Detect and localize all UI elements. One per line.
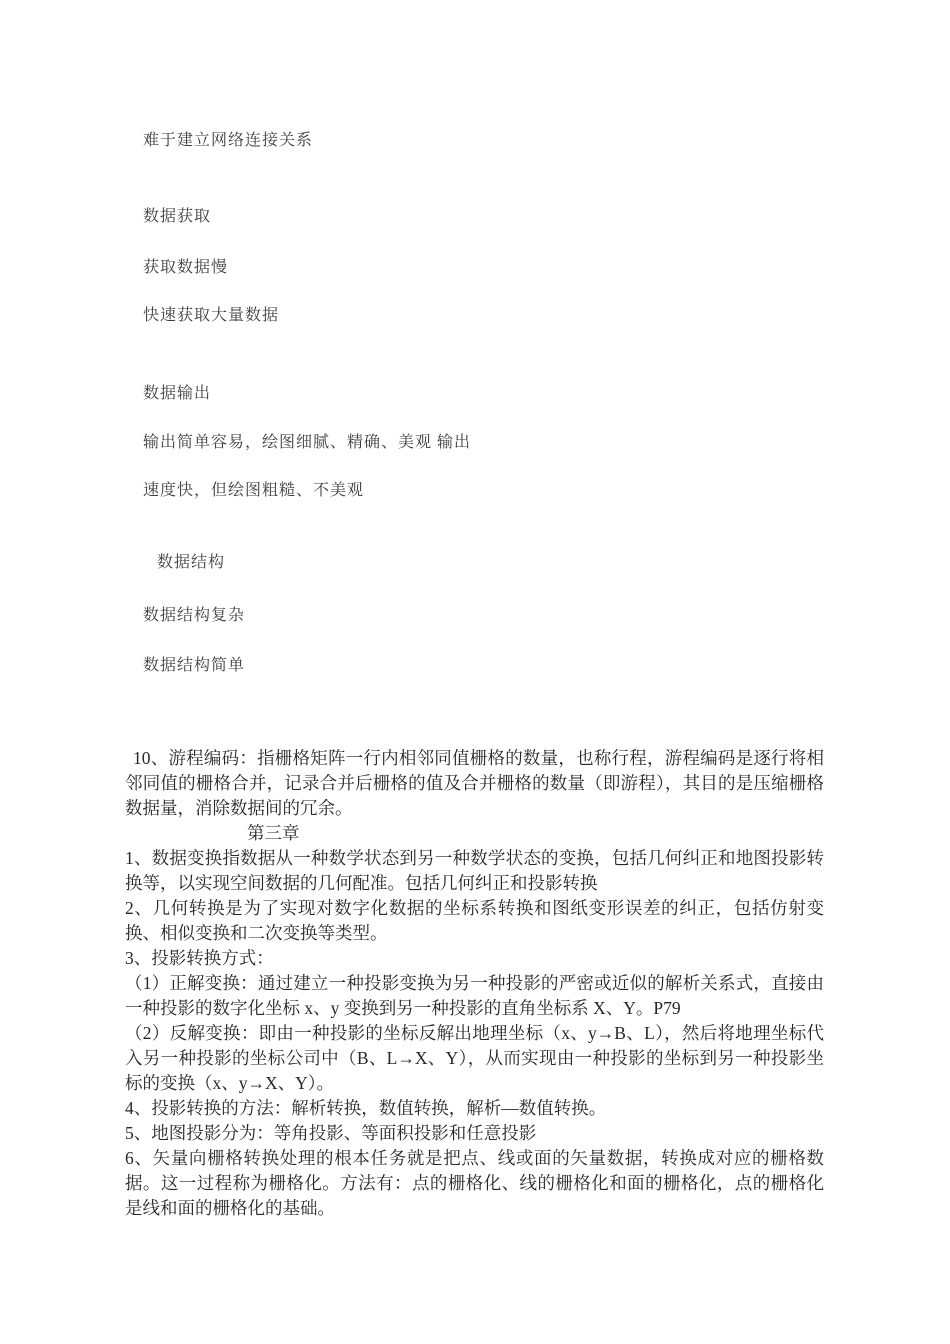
notes-body: 10、游程编码：指栅格矩阵一行内相邻同值栅格的数量，也称行程，游程编码是逐行将相… bbox=[125, 746, 824, 1221]
paragraph-item-2: 2、几何转换是为了实现对数字化数据的坐标系转换和图纸变形误差的纠正，包括仿射变换… bbox=[125, 896, 824, 946]
paragraph-item-3: 3、投影转换方式： bbox=[125, 946, 824, 971]
note-line-output-easy: 输出简单容易，绘图细腻、精确、美观 输出 bbox=[143, 429, 471, 452]
paragraph-item-3-sub-1: （1）正解变换：通过建立一种投影变换为另一种投影的严密或近似的解析关系式，直接由… bbox=[125, 971, 824, 1021]
paragraph-item-3-sub-2: （2）反解变换：即由一种投影的坐标反解出地理坐标（x、y→B、L），然后将地理坐… bbox=[125, 1021, 824, 1096]
note-line-data-output-heading: 数据输出 bbox=[143, 380, 211, 403]
note-line-structure-complex: 数据结构复杂 bbox=[143, 602, 245, 625]
document-page: 难于建立网络连接关系 数据获取 获取数据慢 快速获取大量数据 数据输出 输出简单… bbox=[0, 0, 950, 1344]
paragraph-item-1: 1、数据变换指数据从一种数学状态到另一种数学状态的变换，包括几何纠正和地图投影转… bbox=[125, 846, 824, 896]
paragraph-runlength-encoding: 10、游程编码：指栅格矩阵一行内相邻同值栅格的数量，也称行程，游程编码是逐行将相… bbox=[125, 746, 824, 821]
note-line-structure-simple: 数据结构简单 bbox=[143, 652, 245, 675]
paragraph-item-5: 5、地图投影分为：等角投影、等面积投影和任意投影 bbox=[125, 1121, 824, 1146]
chapter-heading: 第三章 bbox=[125, 821, 824, 846]
note-line-data-structure-heading: 数据结构 bbox=[157, 549, 225, 572]
note-line-data-acquisition-heading: 数据获取 bbox=[143, 203, 211, 226]
paragraph-item-4: 4、投影转换的方法：解析转换，数值转换，解析—数值转换。 bbox=[125, 1096, 824, 1121]
paragraph-item-6: 6、矢量向栅格转换处理的根本任务就是把点、线或面的矢量数据，转换成对应的栅格数据… bbox=[125, 1146, 824, 1221]
note-line-output-fast-rough: 速度快，但绘图粗糙、不美观 bbox=[143, 477, 364, 500]
note-line-acquisition-slow: 获取数据慢 bbox=[143, 254, 228, 277]
note-line-acquisition-fast: 快速获取大量数据 bbox=[143, 302, 279, 325]
note-line-network-relation: 难于建立网络连接关系 bbox=[143, 127, 313, 150]
